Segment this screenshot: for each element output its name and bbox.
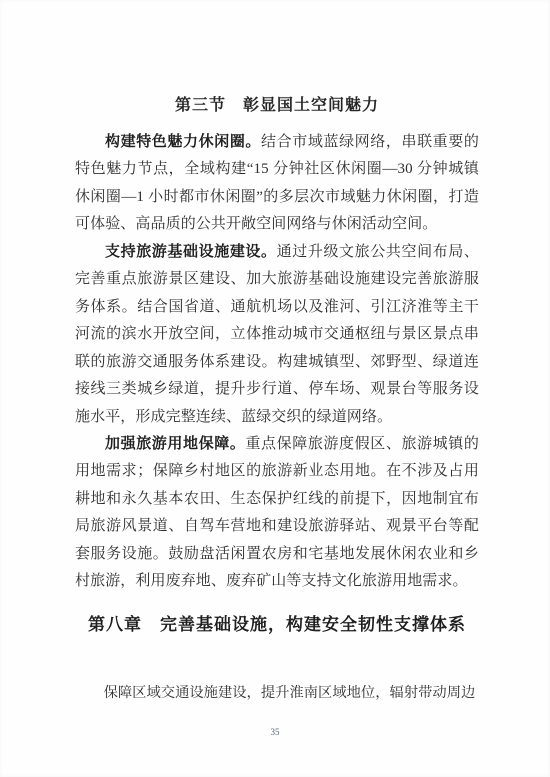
text-block: 第三节 彰显国土空间魅力 构建特色魅力休闲圈。结合市域蓝绿网络，串联重要的特色魅…	[75, 96, 479, 706]
section-heading: 第三节 彰显国土空间魅力	[75, 96, 479, 116]
paragraph-leisure-circle: 构建特色魅力休闲圈。结合市域蓝绿网络，串联重要的特色魅力节点，全域构建“15 分…	[75, 129, 479, 239]
paragraph-tourism-land: 加强旅游用地保障。重点保障旅游度假区、旅游城镇的用地需求；保障乡村地区的旅游新业…	[75, 431, 479, 596]
paragraph-lead: 构建特色魅力休闲圈。	[105, 134, 261, 150]
paragraph-tourism-infrastructure: 支持旅游基础设施建设。通过升级文旅公共空间布局、完善重点旅游景区建设、加大旅游基…	[75, 239, 479, 431]
paragraph-regional-transport: 保障区域交通设施建设，提升淮南区域地位，辐射带动周边	[75, 680, 479, 706]
paragraph-lead: 支持旅游基础设施建设。	[105, 244, 277, 260]
page-number: 35	[0, 727, 550, 737]
paragraph-body: 重点保障旅游度假区、旅游城镇的用地需求；保障乡村地区的旅游新业态用地。在不涉及占…	[75, 436, 479, 589]
chapter-heading: 第八章 完善基础设施，构建安全韧性支撑体系	[75, 613, 479, 637]
document-page: 第三节 彰显国土空间魅力 构建特色魅力休闲圈。结合市域蓝绿网络，串联重要的特色魅…	[0, 0, 550, 777]
paragraph-body: 通过升级文旅公共空间布局、完善重点旅游景区建设、加大旅游基础设施建设完善旅游服务…	[75, 244, 479, 425]
paragraph-lead: 加强旅游用地保障。	[105, 436, 245, 452]
